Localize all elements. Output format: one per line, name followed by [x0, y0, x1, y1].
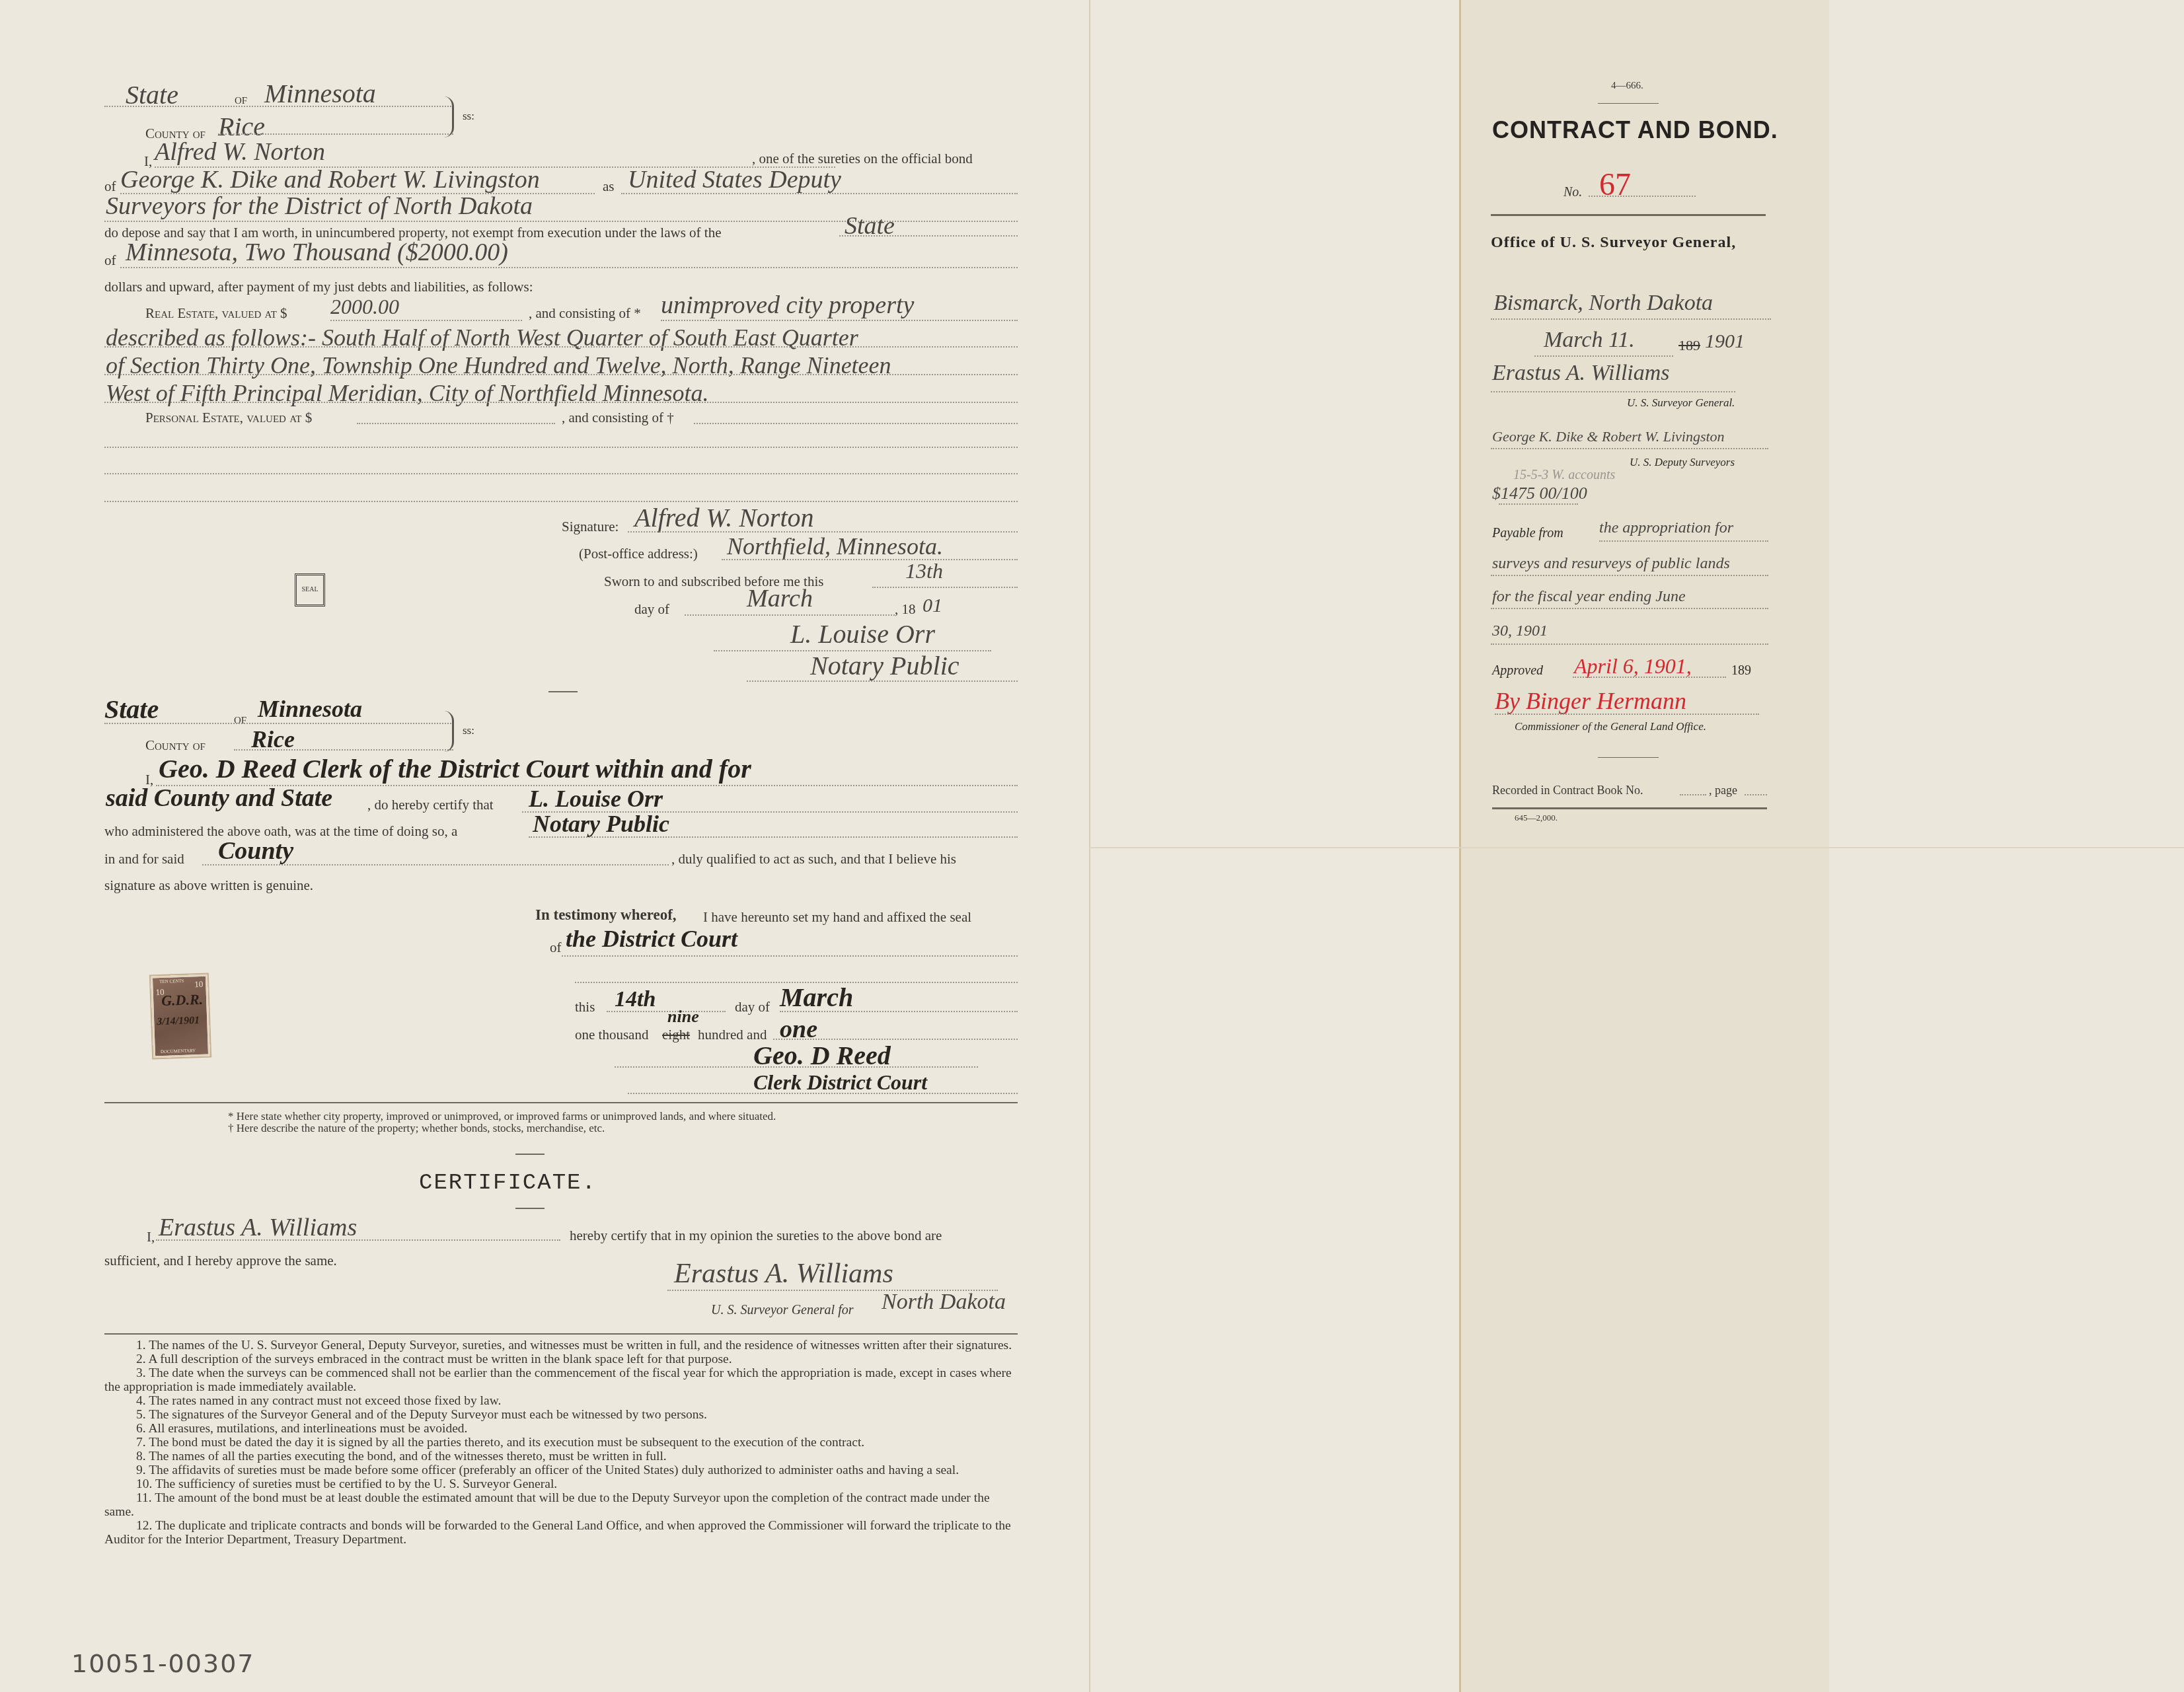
inserted-word: nine [667, 1007, 699, 1027]
payable-line-2: surveys and resurveys of public lands [1492, 555, 1730, 573]
dollars-text: dollars and upward, after payment of my … [104, 279, 533, 295]
seal-of-label: of [550, 939, 562, 956]
as-label: as [603, 178, 615, 195]
instruction-3: 3. The date when the surveys can be comm… [104, 1366, 1016, 1394]
sworn-year-hand: 01 [923, 595, 942, 617]
recorded-label: Recorded in Contract Book No. [1492, 784, 1643, 797]
testimony-text: I have hereunto set my hand and affixed … [703, 909, 971, 926]
real-estate-value: 2000.00 [330, 295, 399, 319]
cover-title: CONTRACT AND BOND. [1492, 116, 1778, 144]
certificate-title: CERTIFICATE. [419, 1171, 597, 1196]
deputies-label: U. S. Deputy Surveyors [1630, 456, 1735, 469]
cert-approve-text: sufficient, and I hereby approve the sam… [104, 1253, 337, 1269]
instruction-8: 8. The names of all the parties executin… [104, 1450, 1016, 1463]
payable-line-1: the appropriation for [1599, 519, 1733, 537]
clerk-state-label: of [234, 711, 246, 727]
approver-label: Commissioner of the General Land Office. [1515, 720, 1706, 733]
instruction-7: 7. The bond must be dated the day it is … [104, 1436, 1016, 1450]
page-label: , page [1709, 784, 1737, 797]
instructions-list: 1. The names of the U. S. Surveyor Gener… [104, 1339, 1016, 1547]
payable-label: Payable from [1492, 526, 1563, 541]
clerk-day-of-label: day of [735, 999, 770, 1015]
approved-label: Approved [1492, 663, 1543, 679]
post-office-label: (Post-office address:) [579, 546, 698, 562]
real-estate-label: Real Estate, valued at $ [145, 305, 287, 322]
testimony-heading: In testimony whereof, [535, 906, 677, 924]
print-run: 645—2,000. [1515, 813, 1558, 823]
cert-title-label: U. S. Surveyor General for [711, 1303, 854, 1318]
notary-name: L. Louise Orr [790, 618, 935, 649]
day-of-label: day of [634, 601, 669, 618]
cert-certify-text: hereby certify that in my opinion the su… [570, 1228, 942, 1244]
clerk-state-prefix: State [104, 694, 159, 725]
this-label: this [575, 999, 595, 1015]
archive-number: 10051-00307 [71, 1649, 254, 1678]
worth-line: Minnesota, Two Thousand ($2000.00) [126, 238, 508, 267]
approved-date: April 6, 1901, [1574, 654, 1692, 679]
notary-title: Notary Public [810, 650, 960, 681]
clerk-title: Clerk District Court [753, 1070, 927, 1095]
capacity-line1: United States Deputy [628, 165, 841, 194]
instruction-12: 12. The duplicate and triplicate contrac… [104, 1519, 1016, 1547]
bond-amount: $1475 00/100 [1492, 484, 1587, 503]
sworn-year-printed: , 18 [895, 601, 916, 618]
thousand-text: one thousand [575, 1027, 648, 1043]
certify-text: , do hereby certify that [367, 797, 494, 813]
certified-name: L. Louise Orr [529, 785, 663, 813]
surveyor-general-name: Erastus A. Williams [1492, 361, 1670, 386]
surveyor-general-label: U. S. Surveyor General. [1627, 396, 1735, 410]
surveyor-general-signature: Erastus A. Williams [674, 1258, 893, 1290]
ss-label: ss: [463, 110, 474, 123]
instruction-5: 5. The signatures of the Surveyor Genera… [104, 1408, 1016, 1422]
month-value: March [780, 982, 853, 1013]
year-printed-struck: 189 [1678, 337, 1700, 354]
principals: George K. Dike and Robert W. Livingston [120, 165, 540, 194]
instruction-1: 1. The names of the U. S. Surveyor Gener… [104, 1339, 1016, 1352]
jurisdiction-value: County [218, 836, 293, 865]
affiant-name: Alfred W. Norton [155, 137, 325, 166]
ornament-divider [548, 691, 578, 692]
cover-panel [1459, 0, 1833, 1692]
post-office-value: Northfield, Minnesota. [727, 533, 943, 560]
in-and-for-text: in and for said [104, 851, 184, 867]
instruction-10: 10. The sufficiency of sureties must be … [104, 1477, 1016, 1491]
approved-year-printed: 189 [1731, 663, 1751, 679]
seal-mark: SEAL [295, 573, 325, 607]
cert-name-value: Erastus A. Williams [159, 1213, 357, 1242]
sworn-day: 13th [905, 559, 943, 583]
instruction-2: 2. A full description of the surveys emb… [104, 1352, 1016, 1366]
sworn-month: March [747, 584, 813, 613]
personal-consisting-label: , and consisting of † [562, 410, 674, 426]
clerk-county-label: County of [145, 737, 206, 754]
consisting-label: , and consisting of * [529, 305, 641, 322]
approver-signature: By Binger Hermann [1495, 687, 1686, 715]
payable-line-4: 30, 1901 [1492, 622, 1548, 640]
clerk-state-value: Minnesota [258, 695, 362, 723]
section-rule [104, 1102, 1018, 1103]
clerk-line2: said County and State [106, 784, 332, 813]
instruction-11: 11. The amount of the bond must be at le… [104, 1491, 1016, 1519]
cover-date: March 11. [1544, 328, 1635, 353]
cert-i-label: I, [147, 1229, 155, 1245]
struck-word: eight [662, 1027, 690, 1043]
deputies-name: George K. Dike & Robert W. Livingston [1492, 428, 1725, 445]
office-value: Notary Public [533, 810, 669, 838]
revenue-stamp: 10 10 TEN CENTS G.D.R. 3/14/1901 DOCUMEN… [151, 975, 210, 1058]
affiant-signature: Alfred W. Norton [634, 502, 814, 533]
cover-year: 1901 [1705, 330, 1745, 353]
capacity-line2: Surveyors for the District of North Dako… [106, 192, 533, 221]
place: Bismarck, North Dakota [1493, 291, 1713, 316]
qualified-text: , duly qualified to act as such, and tha… [671, 851, 956, 867]
footnote-1: * Here state whether city property, impr… [228, 1110, 776, 1123]
footnote-2: † Here describe the nature of the proper… [228, 1122, 605, 1135]
fold-line [1089, 847, 2184, 848]
genuine-text: signature as above written is genuine. [104, 877, 313, 894]
instruction-6: 6. All erasures, mutilations, and interl… [104, 1422, 1016, 1436]
instruction-9: 9. The affidavits of sureties must be ma… [104, 1463, 1016, 1477]
clerk-ss: ss: [463, 724, 474, 737]
seal-of-value: the District Court [566, 925, 737, 953]
clerk-line1: Geo. D Reed Clerk of the District Court … [159, 753, 751, 784]
pencil-note: 15-5-3 W. accounts [1513, 468, 1615, 483]
of-label-2: of [104, 252, 116, 269]
personal-estate-label: Personal Estate, valued at $ [145, 410, 312, 426]
cert-title-value: North Dakota [882, 1290, 1006, 1315]
blank-back-panel [1089, 0, 1460, 1692]
no-label: No. [1563, 185, 1582, 200]
form-number: 4—666. [1611, 81, 1643, 92]
payable-line-3: for the fiscal year ending June [1492, 588, 1686, 606]
instruction-4: 4. The rates named in any contract must … [104, 1394, 1016, 1408]
real-estate-desc-0: unimproved city property [661, 291, 914, 320]
signature-label: Signature: [562, 519, 619, 535]
state-value: Minnesota [264, 78, 376, 109]
day-value: 14th [615, 987, 656, 1012]
office-heading: Office of U. S. Surveyor General, [1491, 234, 1736, 252]
blank-right-panel [1829, 0, 2184, 1692]
contract-number: 67 [1599, 166, 1631, 203]
